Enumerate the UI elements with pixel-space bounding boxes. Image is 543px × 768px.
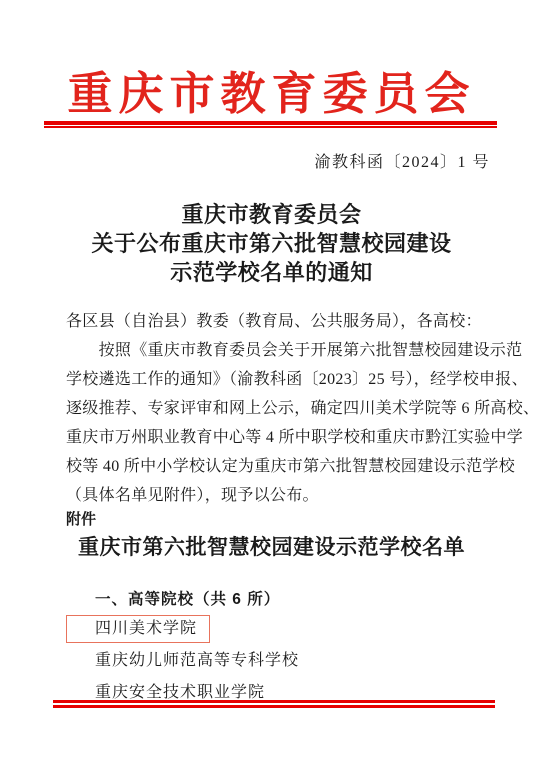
notice-title: 重庆市教育委员会关于公布重庆市第六批智慧校园建设示范学校名单的通知 bbox=[0, 200, 543, 287]
body-paragraph: 各区县（自治县）教委（教育局、公共服务局），各高校： 按照《重庆市教育委员会关于… bbox=[66, 307, 490, 510]
notice-title-line: 重庆市教育委员会 bbox=[0, 200, 543, 229]
body-line: （具体名单见附件），现予以公布。 bbox=[66, 481, 490, 510]
agency-name: 重庆市教育委员会 bbox=[0, 57, 543, 122]
doc-number: 渝教科函〔2024〕1 号 bbox=[314, 149, 490, 172]
body-line: 学校遴选工作的通知》（渝教科函〔2023〕25 号），经学校申报、 bbox=[66, 365, 490, 394]
school-list: 四川美术学院 重庆幼儿师范高等专科学校 重庆安全技术职业学院 bbox=[66, 613, 299, 709]
notice-title-line: 关于公布重庆市第六批智慧校园建设 bbox=[0, 229, 543, 258]
body-line: 校等 40 所中小学校认定为重庆市第六批智慧校园建设示范学校 bbox=[66, 452, 490, 481]
school-list-item: 重庆幼儿师范高等专科学校 bbox=[66, 645, 299, 677]
bottom-rule bbox=[53, 700, 495, 708]
body-line: 重庆市万州职业教育中心等 4 所中职学校和重庆市黔江实验中学 bbox=[66, 423, 490, 452]
notice-title-line: 示范学校名单的通知 bbox=[0, 258, 543, 287]
body-line: 按照《重庆市教育委员会关于开展第六批智慧校园建设示范 bbox=[66, 336, 490, 365]
attachment-title: 重庆市第六批智慧校园建设示范学校名单 bbox=[0, 531, 543, 561]
attachment-label: 附件 bbox=[66, 508, 96, 529]
school-name: 四川美术学院 bbox=[66, 615, 210, 643]
school-name: 重庆幼儿师范高等专科学校 bbox=[95, 652, 299, 669]
body-line: 各区县（自治县）教委（教育局、公共服务局），各高校： bbox=[66, 307, 490, 336]
school-list-item: 四川美术学院 bbox=[66, 613, 299, 645]
school-name: 重庆安全技术职业学院 bbox=[95, 684, 265, 701]
body-line: 逐级推荐、专家评审和网上公示，确定四川美术学院等 6 所高校、 bbox=[66, 394, 490, 423]
document-page: 重庆市教育委员会 渝教科函〔2024〕1 号 重庆市教育委员会关于公布重庆市第六… bbox=[0, 0, 543, 768]
letterhead-rule bbox=[44, 121, 497, 128]
section-heading: 一、高等院校（共 6 所） bbox=[95, 587, 280, 609]
